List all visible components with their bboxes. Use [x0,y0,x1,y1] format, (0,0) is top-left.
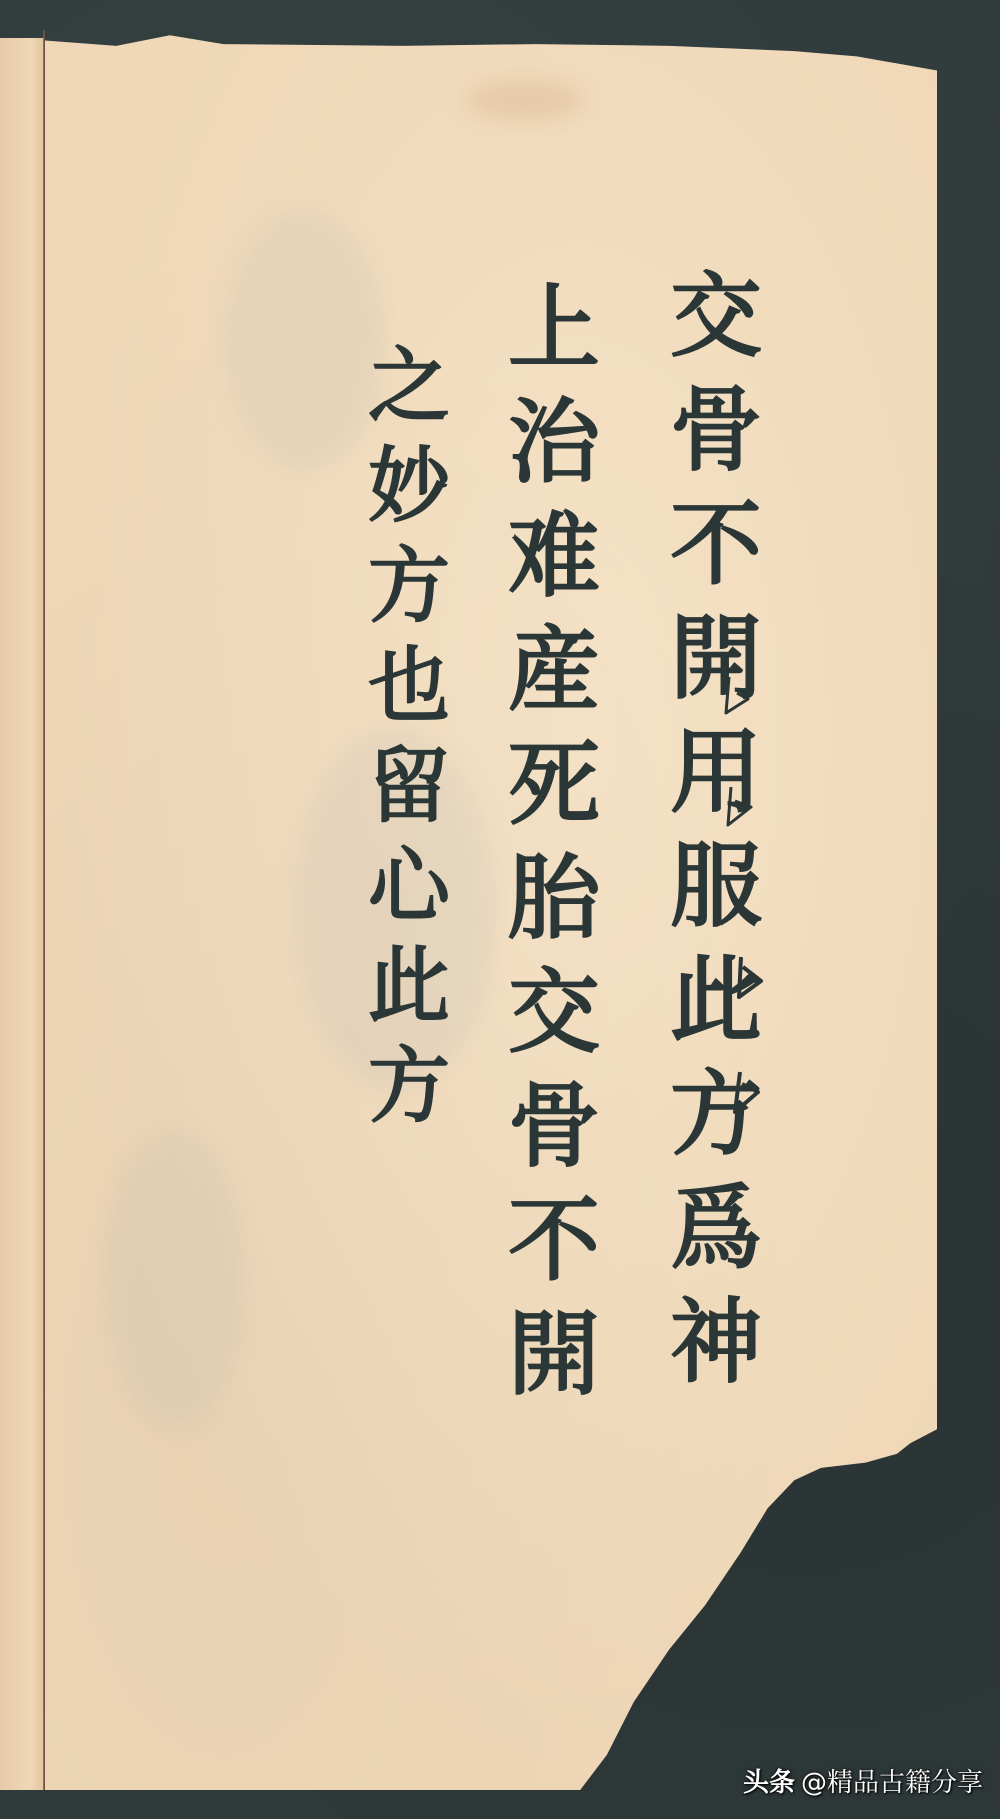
character: 此 [368,945,450,1027]
paper-stain [225,210,385,470]
watermark-handle: @精品古籍分享 [801,1768,983,1798]
text-column-middle: 上 治 难 産 死 胎 交 骨 不 開 [508,282,600,1422]
character: 难 [508,510,600,602]
character: 産 [508,624,600,716]
character: 開 [508,1308,600,1400]
character: 方 [368,545,450,627]
character: 方 [368,1045,450,1127]
facing-page-edge [0,38,44,1790]
character: 死 [508,738,600,830]
watermark: 头条@精品古籍分享 [743,1762,983,1799]
triangle-icon [735,955,763,999]
character: 骨 [670,384,762,476]
character: 不 [508,1194,600,1286]
character: 胎 [508,852,600,944]
character: 交 [508,966,600,1058]
character: 爲 [670,1182,762,1274]
paper-stain [105,1130,245,1430]
character: 服 [670,840,762,932]
character: 骨 [508,1080,600,1172]
character: 留 [368,745,450,827]
text-column-left: 之 妙 方 也 留 心 此 方 [368,345,450,1145]
character: 神 [670,1296,762,1388]
punctuation-mark-icon [865,1648,897,1668]
watermark-brand: 头条 [743,1768,795,1798]
character: 上 [508,282,600,374]
character: 也 [368,645,450,727]
character: 心 [368,845,450,927]
triangle-icon [723,675,751,719]
character: 不 [670,498,762,590]
text-column-right: 交 骨 不 開 用 服 此 方 爲 神 [670,270,762,1410]
character: 妙 [368,445,450,527]
paper-stain [465,80,585,120]
binding-gutter-line [43,30,45,1790]
character: 治 [508,396,600,488]
triangle-icon [725,785,753,829]
character: 之 [368,345,450,427]
character: 交 [670,270,762,362]
triangle-icon [732,1070,760,1114]
